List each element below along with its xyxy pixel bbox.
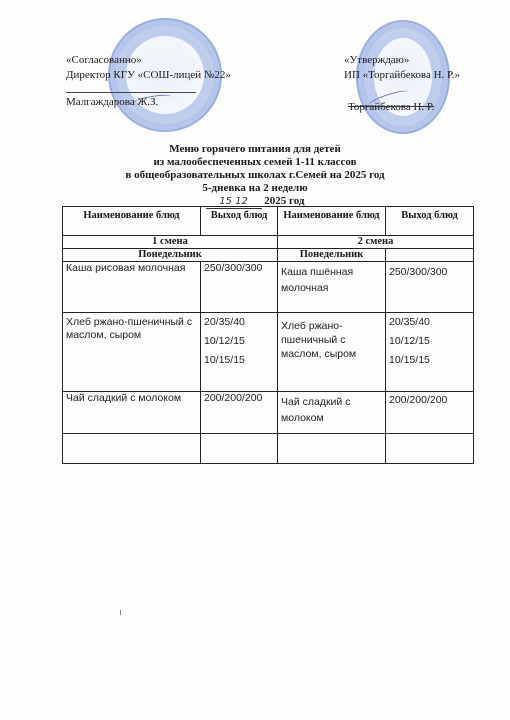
dish-cell: Каша рисовая молочная: [63, 262, 201, 313]
yield-cell: 20/35/40 10/12/15 10/15/15: [386, 313, 474, 392]
day-1-label: Понедельник: [63, 249, 278, 262]
dish-cell: [63, 434, 201, 464]
yield-cell: 200/200/200: [386, 392, 474, 434]
dish-cell: [278, 434, 386, 464]
approval-heading: «Согласованно»: [66, 53, 231, 68]
approval-block-right: «Утверждаю» ИП «Торгайбекова Н. Р.» Торг…: [344, 53, 460, 115]
dish-cell: Хлеб ржано-пшеничный с маслом, сыром: [63, 313, 201, 392]
dish-cell: Каша пшённая молочная: [278, 262, 386, 313]
table-row: Чай сладкий с молоком 200/200/200 Чай сл…: [63, 392, 474, 434]
signature-line: [66, 82, 196, 93]
day-2-label: Понедельник: [278, 249, 386, 262]
yield-cell: 20/35/40 10/12/15 10/15/15: [201, 313, 278, 392]
yield-value: 10/15/15: [204, 354, 274, 366]
day-row: Понедельник Понедельник: [63, 249, 474, 262]
title-line-3: в общеобразовательных школах г.Семей на …: [0, 169, 510, 182]
approval-name: Малгаждарова Ж.З.: [66, 95, 231, 110]
scan-speck: [120, 610, 121, 615]
title-line-1: Меню горячего питания для детей: [0, 143, 510, 156]
yield-value: 10/12/15: [389, 335, 470, 347]
title-line-4: 5-дневка на 2 неделю: [0, 182, 510, 195]
dish-name: Хлеб ржано-пшеничный с маслом, сыром: [66, 316, 197, 342]
table-row: Хлеб ржано-пшеничный с маслом, сыром 20/…: [63, 313, 474, 392]
yield-cell: 250/300/300: [386, 262, 474, 313]
table-row: Каша рисовая молочная 250/300/300 Каша п…: [63, 262, 474, 313]
yield-value: 20/35/40: [389, 316, 470, 328]
yield-value: 20/35/40: [204, 316, 274, 328]
yield-cell: 200/200/200: [201, 392, 278, 434]
approval-position: ИП «Торгайбекова Н. Р.»: [344, 68, 460, 83]
approval-block-left: «Согласованно» Директор КГУ «СОШ-лицей №…: [66, 53, 231, 110]
table-row-empty: [63, 434, 474, 464]
dish-name: Хлеб ржано-пшеничный с маслом, сыром: [281, 320, 356, 360]
dish-cell: Хлеб ржано-пшеничный с маслом, сыром: [278, 313, 386, 392]
dish-cell: Чай сладкий с молоком: [278, 392, 386, 434]
column-header-dish: Наименование блюд: [278, 207, 386, 236]
table-header-row: Наименование блюд Выход блюд Наименовани…: [63, 207, 474, 236]
document-page: «Согласованно» Директор КГУ «СОШ-лицей №…: [0, 0, 510, 720]
column-header-dish: Наименование блюд: [63, 207, 201, 236]
shift-1-label: 1 смена: [63, 236, 278, 249]
shift-row: 1 смена 2 смена: [63, 236, 474, 249]
empty-cell: [386, 249, 474, 262]
yield-cell: 250/300/300: [201, 262, 278, 313]
yield-value: 10/15/15: [389, 354, 470, 366]
document-title: Меню горячего питания для детей из малоо…: [0, 143, 510, 209]
approval-heading: «Утверждаю»: [344, 53, 460, 68]
approval-name: Торгайбекова Н. Р.: [348, 100, 460, 115]
column-header-yield: Выход блюд: [386, 207, 474, 236]
approval-position: Директор КГУ «СОШ-лицей №22»: [66, 68, 231, 83]
title-line-2: из малообеспеченных семей 1-11 классов: [0, 156, 510, 169]
shift-2-label: 2 смена: [278, 236, 474, 249]
yield-value: 10/12/15: [204, 335, 274, 347]
dish-cell: Чай сладкий с молоком: [63, 392, 201, 434]
column-header-yield: Выход блюд: [201, 207, 278, 236]
yield-cell: [386, 434, 474, 464]
yield-cell: [201, 434, 278, 464]
menu-table: Наименование блюд Выход блюд Наименовани…: [62, 206, 474, 464]
